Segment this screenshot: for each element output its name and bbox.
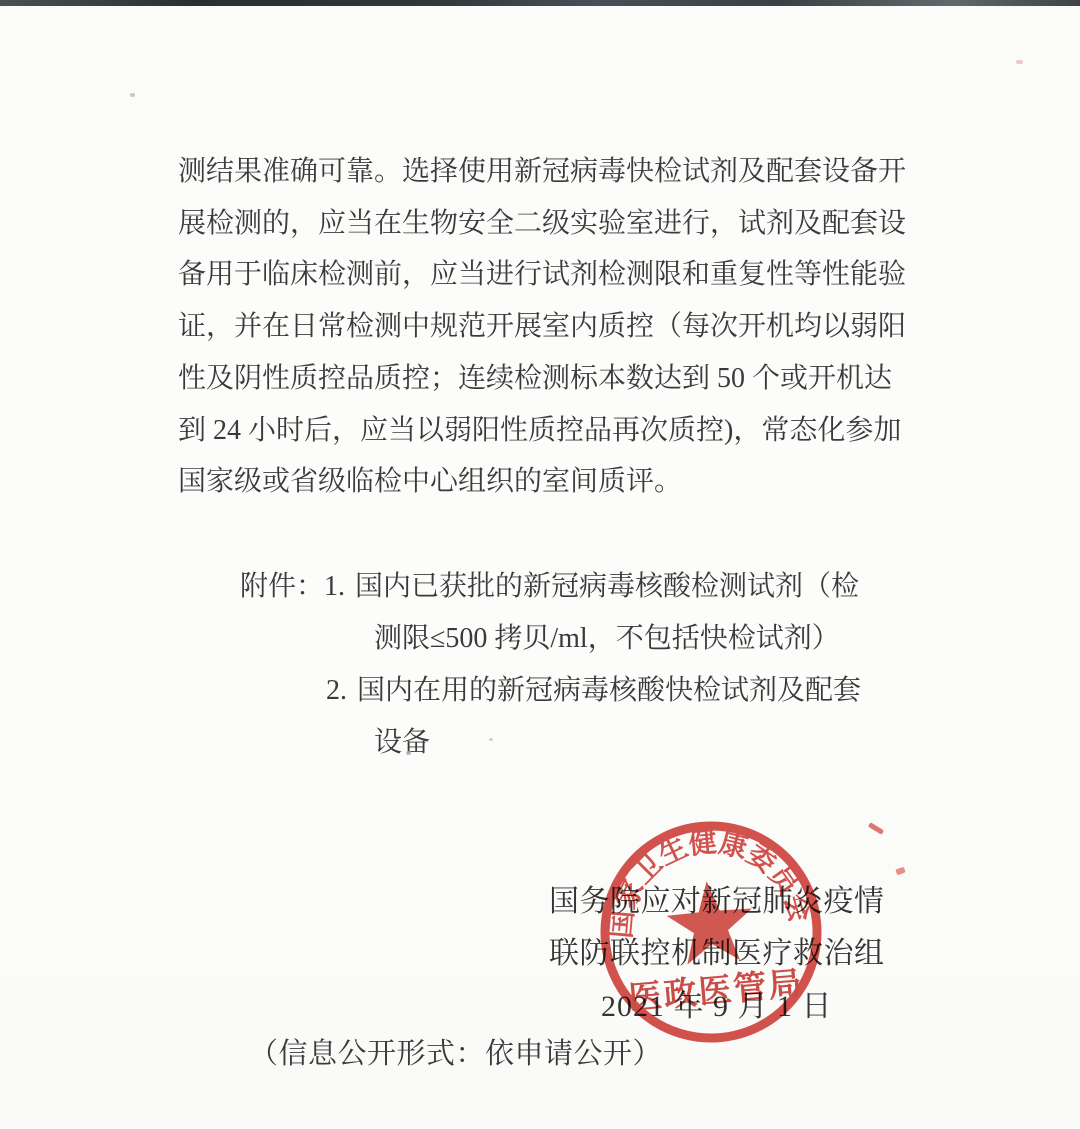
scan-speck [130,93,135,97]
official-seal: 国家卫生健康委员会 医政医管局 [581,802,841,1062]
attachment-item-1-continuation: 测限≤500 拷贝/ml，不包括快检试剂） [374,616,840,656]
document-body: 测结果准确可靠。选择使用新冠病毒快检试剂及配套设备开 展检测的，应当在生物安全二… [178,146,938,508]
attachment-item-2-number: 2. [326,675,347,706]
ink-speck [895,867,906,876]
attachment-item-1-number: 1. [324,571,345,602]
attachment-item-1: 附件：1.国内已获批的新冠病毒核酸检测试剂（检 [240,564,859,604]
attachment-label: 附件： [240,571,324,602]
body-line: 到 24 小时后，应当以弱阳性质控品再次质控)，常态化参加 [178,405,938,457]
document-page: 测结果准确可靠。选择使用新冠病毒快检试剂及配套设备开 展检测的，应当在生物安全二… [0,0,1080,1129]
attachment-item-2-continuation: 设备 [374,720,430,760]
scan-speck [489,738,493,741]
body-line: 性及阴性质控品质控；连续检测标本数达到 50 个或开机达 [178,353,938,405]
scan-speck [406,751,411,755]
ink-speck [868,822,884,835]
scanner-edge-artifact [0,0,1080,6]
seal-star-icon [664,877,756,966]
body-line: 国家级或省级临检中心组织的室间质评。 [178,456,938,508]
body-line: 测结果准确可靠。选择使用新冠病毒快检试剂及配套设备开 [178,146,938,198]
ink-speck [1016,60,1023,64]
attachment-item-2-text: 国内在用的新冠病毒核酸快检试剂及配套 [357,675,861,706]
attachment-item-2: 2.国内在用的新冠病毒核酸快检试剂及配套 [326,668,861,708]
body-line: 证，并在日常检测中规范开展室内质控（每次开机均以弱阳 [178,301,938,353]
attachment-item-1-text: 国内已获批的新冠病毒核酸检测试剂（检 [355,571,859,602]
body-line: 备用于临床检测前，应当进行试剂检测限和重复性等性能验 [178,249,938,301]
body-line: 展检测的，应当在生物安全二级实验室进行，试剂及配套设 [178,198,938,250]
